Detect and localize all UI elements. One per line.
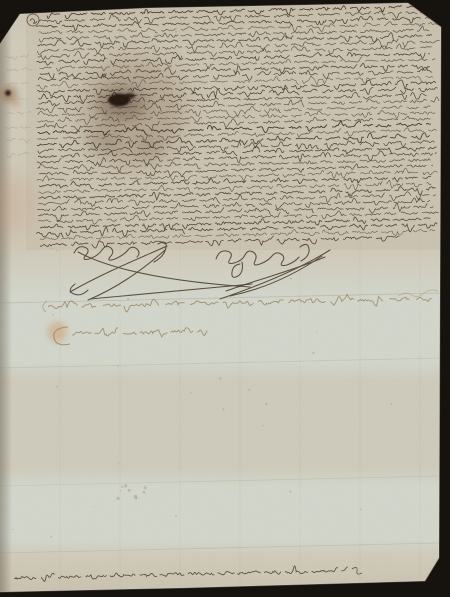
- paraph-stain: [47, 322, 67, 342]
- paper-surface: [0, 0, 450, 597]
- manuscript-scene: Scan of an early-modern handwritten manu…: [0, 0, 450, 597]
- manuscript-scan: Scan of an early-modern handwritten manu…: [0, 0, 450, 597]
- wormhole-stain: [5, 90, 11, 96]
